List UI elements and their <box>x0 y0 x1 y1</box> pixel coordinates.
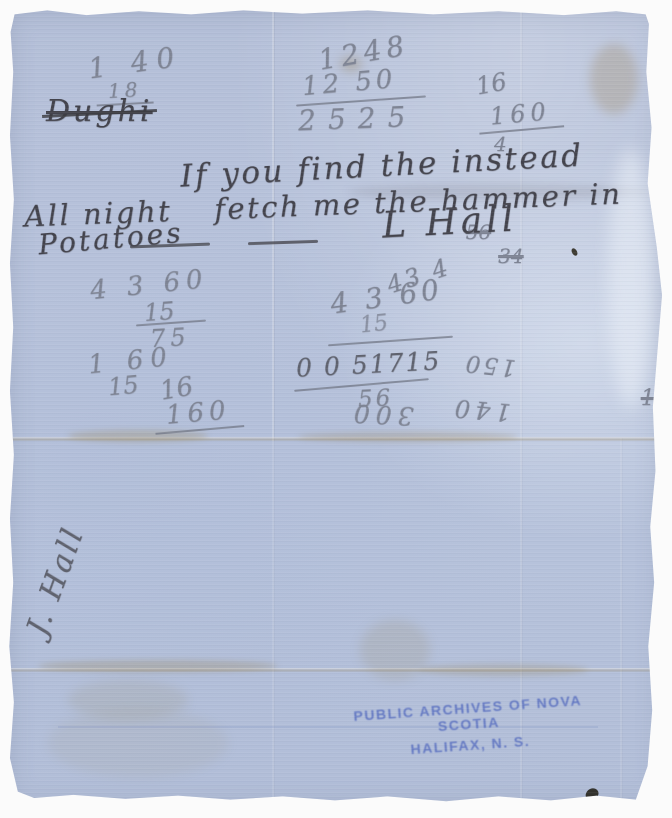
calc-top-mid-line2: 12 50 <box>301 64 398 102</box>
stain <box>48 708 228 778</box>
calc-low-left-line2: 15 <box>107 371 140 402</box>
stain <box>38 660 278 672</box>
inline-signature: L Hall <box>381 198 518 246</box>
vertical-fold-crease <box>272 8 275 441</box>
stain <box>298 432 518 442</box>
stain <box>68 680 188 720</box>
horizontal-fold-crease <box>8 668 662 672</box>
vertical-signature: J. Hall <box>20 522 92 640</box>
struck-number: 34 <box>498 244 523 268</box>
paper-sheet: 1 40 18 Dughi 1248 12 50 2525 16 160 4 I… <box>8 8 662 806</box>
stain <box>360 620 430 680</box>
crossed-out-word: Dughi <box>46 94 153 129</box>
ink-speck <box>570 247 578 256</box>
calc-mid-center-line3: 0 0 51715 <box>295 346 442 383</box>
calc-top-right-line1: 16 <box>474 68 509 101</box>
long-dash <box>248 240 318 245</box>
stain <box>418 664 588 676</box>
flipped-number: 15 <box>641 386 669 411</box>
archive-stamp: PUBLIC ARCHIVES OF NOVA SCOTIA HALIFAX, … <box>324 690 613 763</box>
ink-blot-tail <box>596 801 600 807</box>
stain <box>590 44 638 114</box>
sum-rule <box>328 336 453 347</box>
scanned-document: 1 40 18 Dughi 1248 12 50 2525 16 160 4 I… <box>0 0 672 818</box>
flipped-number: 150 <box>462 349 517 380</box>
ink-blot <box>584 786 600 802</box>
horizontal-fold-crease <box>8 437 662 441</box>
calc-mid-center-flipped: 300 <box>347 398 414 430</box>
calc-low-left-line4: 160 <box>153 394 244 435</box>
flipped-number: 140 <box>449 393 512 426</box>
vertical-fold-crease <box>272 441 275 806</box>
calc-top-mid-total: 2525 <box>297 100 417 137</box>
vertical-fold-crease <box>620 438 623 806</box>
calc-mid-center-line2: 15 <box>359 311 389 339</box>
calc-top-right-line2: 160 <box>477 96 564 134</box>
